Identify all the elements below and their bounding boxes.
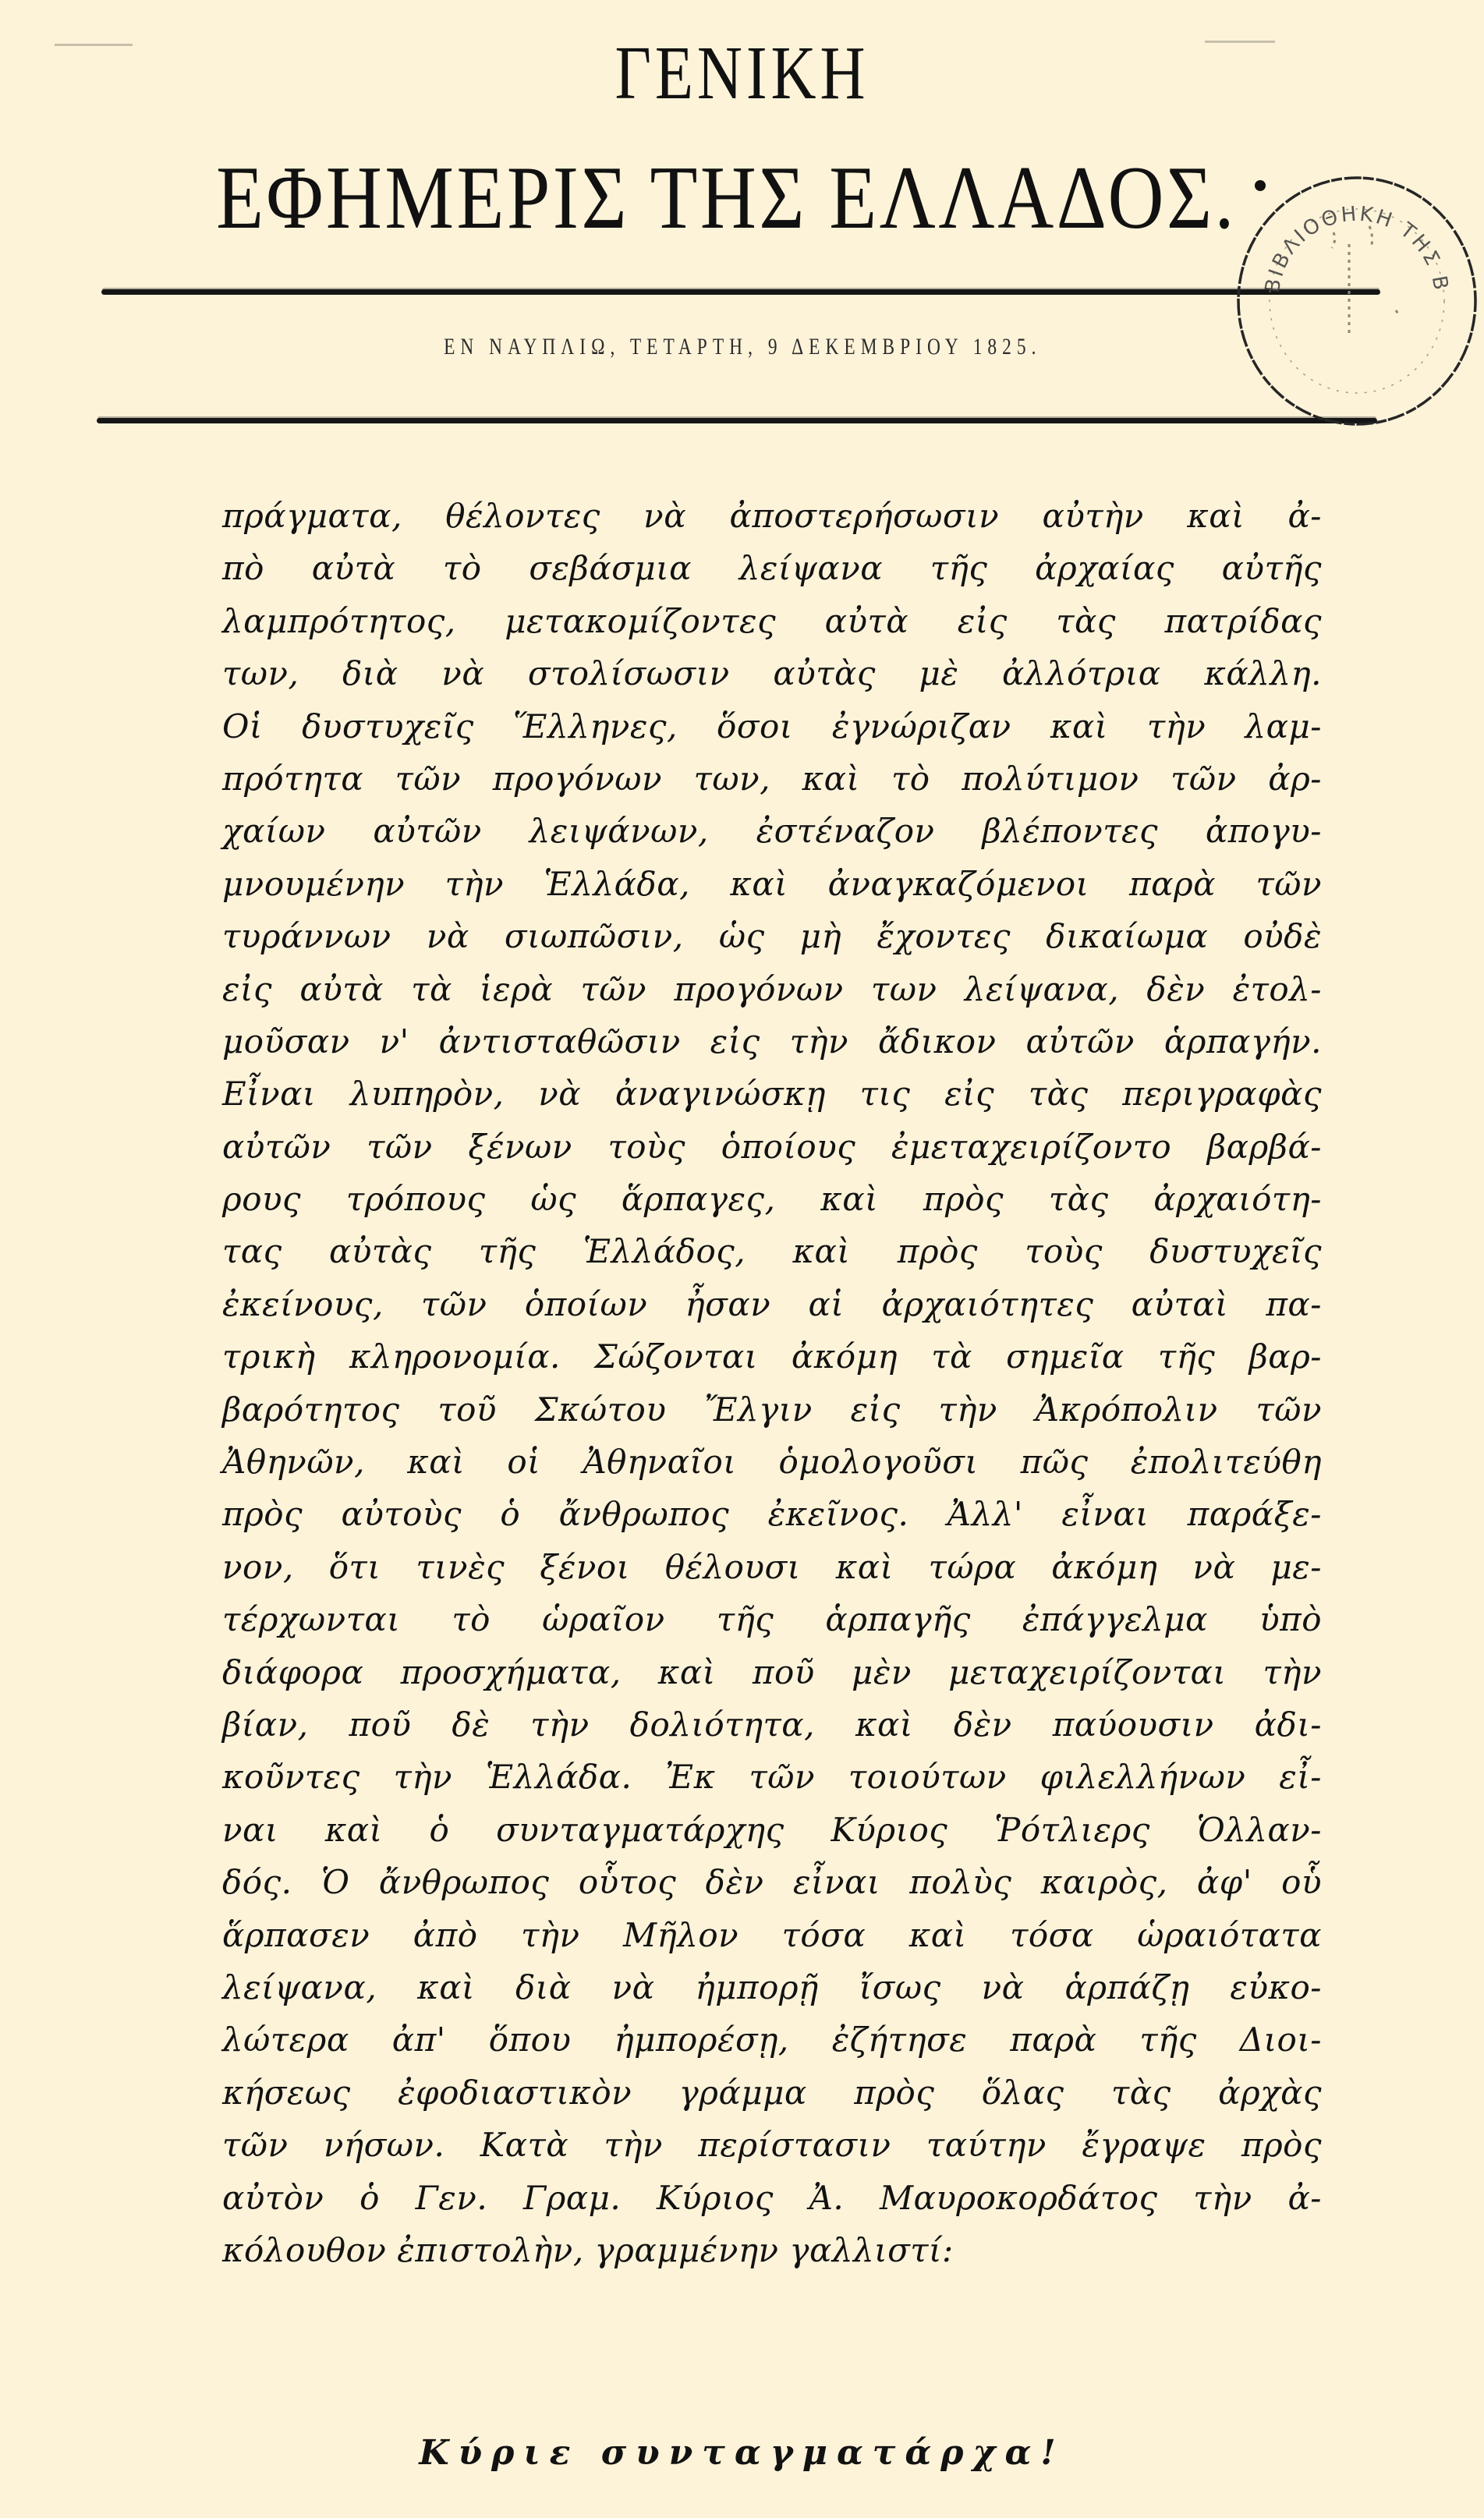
- body-line: ἅρπασεν ἀπὸ τὴν Μῆλον τόσα καὶ τόσα ὡραι…: [222, 1909, 1322, 1961]
- newspaper-page: ΓΕΝΙΚΗ ΕΦΗΜΕΡΙΣ ΤΗΣ ΕΛΛΑΔΟΣ. ΕΝ ΝΑΥΠΛΙΩ,…: [0, 0, 1484, 2518]
- body-line: πρὸς αὐτοὺς ὁ ἄνθρωπος ἐκεῖνος. Ἀλλ' εἶν…: [222, 1488, 1322, 1540]
- body-line: βίαν, ποῦ δὲ τὴν δολιότητα, καὶ δὲν παύο…: [222, 1698, 1322, 1751]
- body-line: ἐκείνους, τῶν ὁποίων ἦσαν αἱ ἀρχαιότητες…: [222, 1278, 1322, 1330]
- body-line: χαίων αὐτῶν λειψάνων, ἐστέναζον βλέποντε…: [222, 805, 1322, 857]
- body-line: λείψανα, καὶ διὰ νὰ ἠμπορῇ ἴσως νὰ ἁρπάζ…: [222, 1961, 1322, 2013]
- body-line: μοῦσαν ν' ἀντισταθῶσιν εἰς τὴν ἄδικον αὐ…: [222, 1015, 1322, 1068]
- body-line: μνουμένην τὴν Ἑλλάδα, καὶ ἀναγκαζόμενοι …: [222, 858, 1322, 910]
- body-line: τας αὐτὰς τῆς Ἑλλάδος, καὶ πρὸς τοὺς δυσ…: [222, 1225, 1322, 1277]
- body-line: πρότητα τῶν προγόνων των, καὶ τὸ πολύτιμ…: [222, 753, 1322, 805]
- body-line: βαρότητος τοῦ Σκώτου Ἔλγιν εἰς τὴν Ἀκρόπ…: [222, 1383, 1322, 1436]
- body-line: τῶν νήσων. Κατὰ τὴν περίστασιν ταύτην ἔγ…: [222, 2119, 1322, 2171]
- body-line: λώτερα ἀπ' ὅπου ἠμπορέσῃ, ἐζήτησε παρὰ τ…: [222, 2013, 1322, 2066]
- body-line: τρικὴ κληρονομία. Σώζονται ἀκόμη τὰ σημε…: [222, 1330, 1322, 1383]
- body-line: Εἶναι λυπηρὸν, νὰ ἀναγινώσκῃ τις εἰς τὰς…: [222, 1068, 1322, 1120]
- body-line: Ἀθηνῶν, καὶ οἱ Ἀθηναῖοι ὁμολογοῦσι πῶς ἐ…: [222, 1436, 1322, 1488]
- body-line: των, διὰ νὰ στολίσωσιν αὐτὰς μὲ ἀλλότρια…: [222, 647, 1322, 699]
- body-line: πράγματα, θέλοντες νὰ ἀποστερήσωσιν αὐτὴ…: [222, 490, 1322, 542]
- body-line: τέρχωνται τὸ ὡραῖον τῆς ἁρπαγῆς ἐπάγγελμ…: [222, 1593, 1322, 1645]
- body-line: κόλουθον ἐπιστολὴν, γραμμένην γαλλιστί:: [222, 2224, 1322, 2276]
- body-line: ρους τρόπους ὡς ἅρπαγες, καὶ πρὸς τὰς ἀρ…: [222, 1173, 1322, 1225]
- masthead-rule-bottom: [97, 418, 1377, 423]
- body-line: αὐτὸν ὁ Γεν. Γραμ. Κύριος Ἀ. Μαυροκορδάτ…: [222, 2172, 1322, 2224]
- article-body: πράγματα, θέλοντες νὰ ἀποστερήσωσιν αὐτὴ…: [222, 490, 1322, 2276]
- body-line: τυράννων νὰ σιωπῶσιν, ὡς μὴ ἔχοντες δικα…: [222, 910, 1322, 962]
- masthead-title-line-1: ΓΕΝΙΚΗ: [133, 30, 1350, 117]
- svg-text:ΒΙΒΛΙΟΘΗΚΗ ΤΗΣ ΒΟΥΛΗΣ ΤΩΝ ΕΛΛΗ: ΒΙΒΛΙΟΘΗΚΗ ΤΗΣ ΒΟΥΛΗΣ ΤΩΝ ΕΛΛΗΝΩΝ: [1232, 170, 1453, 295]
- body-line: κοῦντες τὴν Ἑλλάδα. Ἐκ τῶν τοιούτων φιλε…: [222, 1751, 1322, 1803]
- body-line: ναι καὶ ὁ συνταγματάρχης Κύριος Ῥότλιερς…: [222, 1804, 1322, 1856]
- body-line: αὐτῶν τῶν ξένων τοὺς ὁποίους ἐμεταχειρίζ…: [222, 1121, 1322, 1173]
- body-line: Οἱ δυστυχεῖς Ἕλληνες, ὅσοι ἐγνώριζαν καὶ…: [222, 700, 1322, 753]
- body-line: εἰς αὐτὰ τὰ ἱερὰ τῶν προγόνων των λείψαν…: [222, 963, 1322, 1015]
- corner-print-mark-left: [55, 44, 133, 46]
- body-line: λαμπρότητος, μετακομίζοντες αὐτὰ εἰς τὰς…: [222, 595, 1322, 647]
- letter-salutation: Κύριε συνταγματάρχα!: [0, 2433, 1484, 2473]
- masthead-rule-top: [101, 289, 1380, 295]
- dateline: ΕΝ ΝΑΥΠΛΙΩ, ΤΕΤΑΡΤΗ, 9 ΔΕΚΕΜΒΡΙΟΥ 1825.: [164, 334, 1321, 360]
- body-line: πὸ αὐτὰ τὸ σεβάσμια λείψανα τῆς ἀρχαίας …: [222, 542, 1322, 594]
- masthead-title-line-2: ΕΦΗΜΕΡΙΣ ΤΗΣ ΕΛΛΑΔΟΣ.: [88, 147, 1365, 250]
- body-line: διάφορα προσχήματα, καὶ ποῦ μὲν μεταχειρ…: [222, 1646, 1322, 1698]
- body-line: δός. Ὁ ἄνθρωπος οὗτος δὲν εἶναι πολὺς κα…: [222, 1856, 1322, 1908]
- body-line: κήσεως ἐφοδιαστικὸν γράμμα πρὸς ὅλας τὰς…: [222, 2066, 1322, 2119]
- library-stamp-seal-icon: ΒΙΒΛΙΟΘΗΚΗ ΤΗΣ ΒΟΥΛΗΣ ΤΩΝ ΕΛΛΗΝΩΝ: [1232, 170, 1480, 427]
- body-line: νον, ὅτι τινὲς ξένοι θέλουσι καὶ τώρα ἀκ…: [222, 1541, 1322, 1593]
